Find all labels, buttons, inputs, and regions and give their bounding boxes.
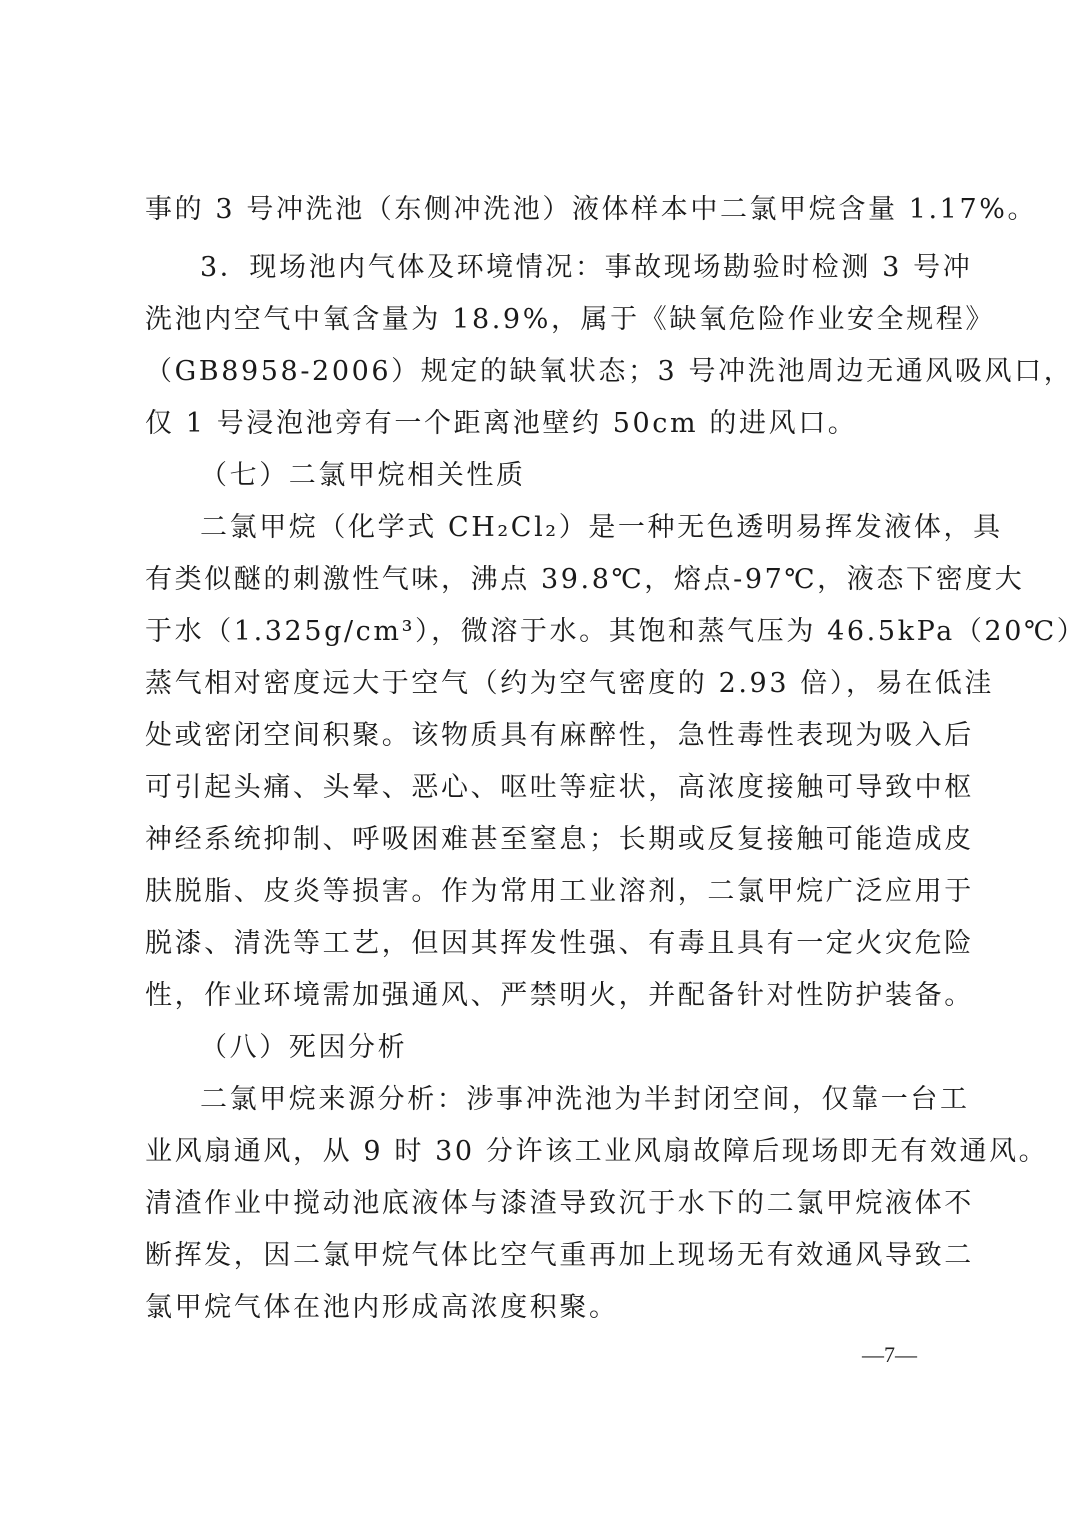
paragraph-line: 可引起头痛、头晕、恶心、呕吐等症状，高浓度接触可导致中枢 bbox=[145, 768, 945, 808]
paragraph-line: 事的 3 号冲洗池（东侧冲洗池）液体样本中二氯甲烷含量 1.17%。 bbox=[145, 190, 945, 230]
paragraph-line: 二氯甲烷（化学式 CH₂Cl₂）是一种无色透明易挥发液体，具 bbox=[200, 508, 1000, 548]
paragraph-line: （GB8958-2006）规定的缺氧状态；3 号冲洗池周边无通风吸风口， bbox=[145, 352, 945, 392]
paragraph-line: 氯甲烷气体在池内形成高浓度积聚。 bbox=[145, 1288, 945, 1328]
paragraph-line: 洗池内空气中氧含量为 18.9%，属于《缺氧危险作业安全规程》 bbox=[145, 300, 945, 340]
paragraph-line: 3．现场池内气体及环境情况：事故现场勘验时检测 3 号冲 bbox=[200, 248, 1000, 288]
paragraph-line: 蒸气相对密度远大于空气（约为空气密度的 2.93 倍），易在低洼 bbox=[145, 664, 945, 704]
paragraph-line: 性，作业环境需加强通风、严禁明火，并配备针对性防护装备。 bbox=[145, 976, 945, 1016]
paragraph-line: 清渣作业中搅动池底液体与漆渣导致沉于水下的二氯甲烷液体不 bbox=[145, 1184, 945, 1224]
paragraph-line: 业风扇通风，从 9 时 30 分许该工业风扇故障后现场即无有效通风。 bbox=[145, 1132, 945, 1172]
paragraph-line: 二氯甲烷来源分析：涉事冲洗池为半封闭空间，仅靠一台工 bbox=[200, 1080, 1000, 1120]
section-heading-8: （八）死因分析 bbox=[200, 1028, 1000, 1068]
paragraph-line: 处或密闭空间积聚。该物质具有麻醉性，急性毒性表现为吸入后 bbox=[145, 716, 945, 756]
paragraph-line: 脱漆、清洗等工艺，但因其挥发性强、有毒且具有一定火灾危险 bbox=[145, 924, 945, 964]
paragraph-line: 仅 1 号浸泡池旁有一个距离池壁约 50cm 的进风口。 bbox=[145, 404, 945, 444]
paragraph-line: 于水（1.325g/cm³），微溶于水。其饱和蒸气压为 46.5kPa（20℃）… bbox=[145, 612, 945, 652]
paragraph-line: 肤脱脂、皮炎等损害。作为常用工业溶剂，二氯甲烷广泛应用于 bbox=[145, 872, 945, 912]
paragraph-line: 断挥发，因二氯甲烷气体比空气重再加上现场无有效通风导致二 bbox=[145, 1236, 945, 1276]
document-page: 事的 3 号冲洗池（东侧冲洗池）液体样本中二氯甲烷含量 1.17%。 3．现场池… bbox=[0, 0, 1074, 1520]
page-number: —7— bbox=[862, 1342, 917, 1368]
paragraph-line: 神经系统抑制、呼吸困难甚至窒息；长期或反复接触可能造成皮 bbox=[145, 820, 945, 860]
section-heading-7: （七）二氯甲烷相关性质 bbox=[200, 456, 1000, 496]
paragraph-line: 有类似醚的刺激性气味，沸点 39.8℃，熔点-97℃，液态下密度大 bbox=[145, 560, 945, 600]
